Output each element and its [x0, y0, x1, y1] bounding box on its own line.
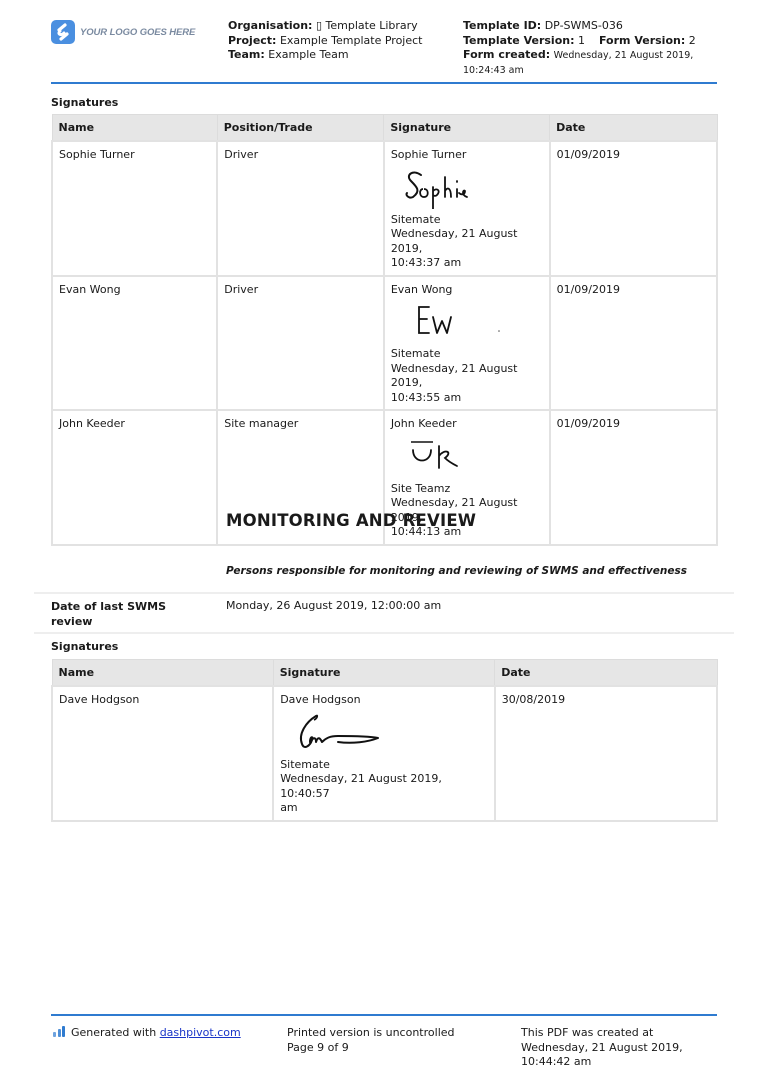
cell-date: 01/09/2019	[550, 141, 717, 276]
footer-generated: Generated with dashpivot.com	[53, 1026, 241, 1041]
signed-time: 10:43:37 am	[391, 256, 543, 271]
table-row: Dave Hodgson Dave Hodgson Sitemate Wedne…	[52, 686, 717, 821]
cell-name: Sophie Turner	[52, 141, 217, 276]
section-subtitle-monitoring: Persons responsible for monitoring and r…	[226, 565, 687, 577]
pdf-created-line3: 10:44:42 am	[521, 1055, 683, 1070]
footer-print-info: Printed version is uncontrolled Page 9 o…	[287, 1026, 455, 1055]
table-row: Sophie Turner Driver Sophie Turner Sitem…	[52, 141, 717, 276]
header-template-info: Template ID: DP-SWMS-036 Template Versio…	[463, 19, 696, 78]
pdf-created-line1: This PDF was created at	[521, 1026, 683, 1041]
cell-position: Driver	[217, 276, 384, 411]
project-value: Example Template Project	[280, 34, 423, 47]
column-header-name: Name	[52, 115, 217, 142]
form-created-value: Wednesday, 21 August 2019,	[554, 50, 694, 61]
signature-image	[288, 710, 398, 754]
template-id-value: DP-SWMS-036	[545, 19, 623, 32]
logo-text: YOUR LOGO GOES HERE	[80, 27, 195, 38]
column-header-position: Position/Trade	[217, 115, 384, 142]
page-number: Page 9 of 9	[287, 1041, 455, 1056]
signer-name: Evan Wong	[391, 283, 543, 298]
signed-date: Wednesday, 21 August 2019,	[391, 227, 543, 256]
signer-company: Site Teamz	[391, 482, 543, 497]
footer-divider	[51, 1014, 717, 1016]
last-review-label: Date of last SWMS review	[51, 599, 166, 629]
last-review-label-line2: review	[51, 614, 166, 629]
table-row: Evan Wong Driver Evan Wong Sitemate Wedn…	[52, 276, 717, 411]
signatures-section-label: Signatures	[51, 640, 118, 653]
section-title-monitoring: MONITORING AND REVIEW	[226, 511, 476, 530]
signatures-section-label: Signatures	[51, 96, 118, 109]
company-logo: YOUR LOGO GOES HERE	[51, 20, 195, 44]
organisation-label: Organisation:	[228, 19, 312, 32]
last-review-value: Monday, 26 August 2019, 12:00:00 am	[226, 599, 441, 612]
header-org-info: Organisation: ▯ Template Library Project…	[228, 19, 423, 63]
cell-date: 30/08/2019	[495, 686, 717, 821]
cell-name: John Keeder	[52, 410, 217, 545]
team-value: Example Team	[268, 48, 348, 61]
cell-signature: Dave Hodgson Sitemate Wednesday, 21 Augu…	[273, 686, 495, 821]
signer-company: Sitemate	[391, 347, 543, 362]
generated-prefix: Generated with	[71, 1026, 160, 1039]
signature-image	[399, 299, 509, 343]
last-review-label-line1: Date of last SWMS	[51, 599, 166, 614]
footer-created-info: This PDF was created at Wednesday, 21 Au…	[521, 1026, 683, 1070]
column-header-signature: Signature	[384, 115, 550, 142]
uncontrolled-notice: Printed version is uncontrolled	[287, 1026, 455, 1041]
signer-company: Sitemate	[391, 213, 543, 228]
signer-company: Sitemate	[280, 758, 488, 773]
divider	[34, 592, 734, 594]
table-header-row: Name Signature Date	[52, 660, 717, 687]
project-label: Project:	[228, 34, 276, 47]
signed-time: 10:43:55 am	[391, 391, 543, 406]
column-header-date: Date	[495, 660, 717, 687]
cell-date: 01/09/2019	[550, 410, 717, 545]
signed-time: am	[280, 801, 488, 816]
signature-image	[399, 434, 489, 478]
cell-name: Evan Wong	[52, 276, 217, 411]
pdf-created-line2: Wednesday, 21 August 2019,	[521, 1041, 683, 1056]
table-header-row: Name Position/Trade Signature Date	[52, 115, 717, 142]
organisation-value: ▯ Template Library	[316, 19, 418, 32]
signature-image	[399, 165, 489, 209]
cell-signature: Evan Wong Sitemate Wednesday, 21 August …	[384, 276, 550, 411]
form-version-value: 2	[689, 34, 696, 47]
template-id-label: Template ID:	[463, 19, 541, 32]
cell-signature: Sophie Turner Sitemate Wednesday, 21 Aug…	[384, 141, 550, 276]
team-label: Team:	[228, 48, 265, 61]
column-header-signature: Signature	[273, 660, 495, 687]
dashpivot-link[interactable]: dashpivot.com	[160, 1026, 241, 1039]
form-created-label: Form created:	[463, 48, 550, 61]
logo-mark-icon	[51, 20, 75, 44]
monitoring-signatures-table: Name Signature Date Dave Hodgson Dave Ho…	[51, 659, 718, 822]
form-created-time: 10:24:43 am	[463, 64, 696, 79]
column-header-name: Name	[52, 660, 273, 687]
cell-position: Driver	[217, 141, 384, 276]
cell-date: 01/09/2019	[550, 276, 717, 411]
template-version-value: 1	[578, 34, 585, 47]
signer-name: Dave Hodgson	[280, 693, 488, 708]
cell-name: Dave Hodgson	[52, 686, 273, 821]
signer-name: Sophie Turner	[391, 148, 543, 163]
dashpivot-bars-icon	[53, 1026, 65, 1037]
header-divider	[51, 82, 717, 84]
template-version-label: Template Version:	[463, 34, 574, 47]
form-version-label: Form Version:	[599, 34, 685, 47]
column-header-date: Date	[550, 115, 717, 142]
signed-date: Wednesday, 21 August 2019,	[391, 362, 543, 391]
signer-name: John Keeder	[391, 417, 543, 432]
signed-date: Wednesday, 21 August 2019, 10:40:57	[280, 772, 488, 801]
signatures-table: Name Position/Trade Signature Date Sophi…	[51, 114, 718, 546]
divider	[34, 632, 734, 634]
